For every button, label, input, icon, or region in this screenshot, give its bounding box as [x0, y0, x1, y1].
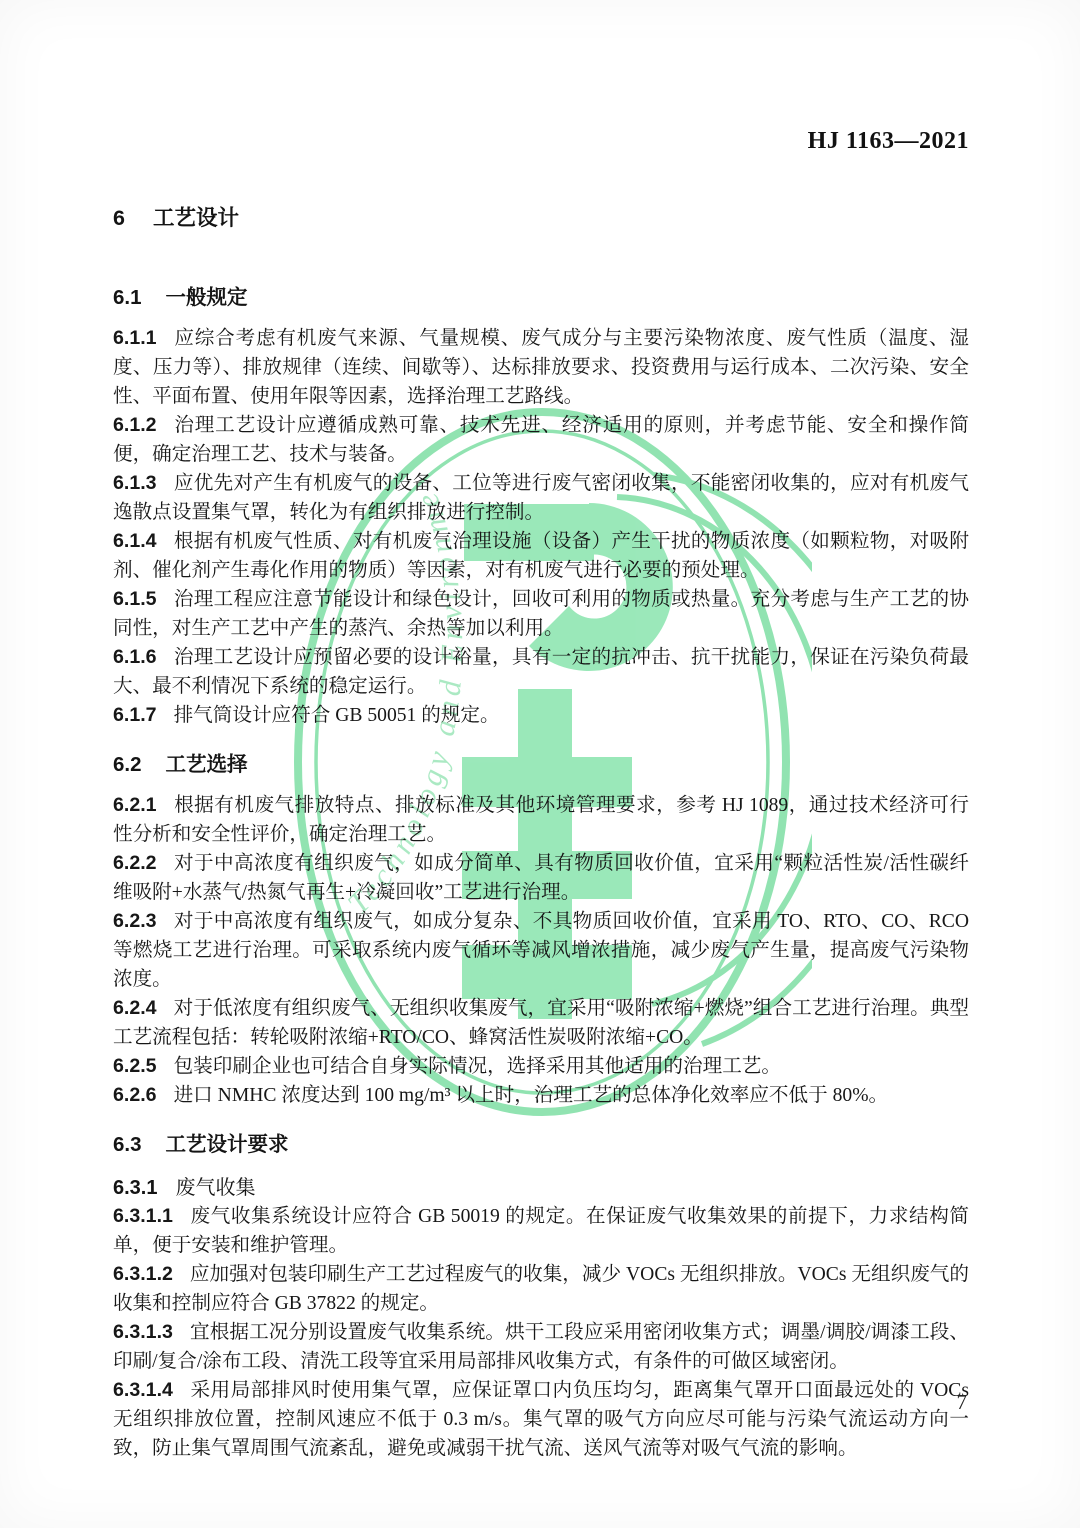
clause-number: 6.2.4: [113, 997, 157, 1019]
clause-number: 6.2.1: [113, 794, 157, 816]
clause-number: 6.1.2: [113, 414, 157, 436]
clause-text: 排气筒设计应符合 GB 50051 的规定。: [174, 705, 500, 726]
page-number: 7: [957, 1390, 968, 1415]
clause-6.3.1.4: 6.3.1.4采用局部排风时使用集气罩，应保证罩口内负压均匀，距离集气罩开口面最…: [113, 1376, 969, 1463]
clause-text: 进口 NMHC 浓度达到 100 mg/m³ 以上时，治理工艺的总体净化效率应不…: [174, 1085, 889, 1106]
heading-title: 工艺设计: [153, 206, 239, 230]
clause-number: 6.1.6: [113, 646, 157, 668]
clause-number: 6.3.1.1: [113, 1205, 173, 1227]
clause-number: 6.1: [113, 286, 142, 309]
clause-number: 6.3.1.4: [113, 1379, 173, 1401]
clause-text: 对于中高浓度有组织废气，如成分简单、具有物质回收价值，宜采用“颗粒活性炭/活性碳…: [113, 853, 969, 903]
clause-number: 6.3.1: [113, 1177, 157, 1199]
clause-number: 6.1.4: [113, 530, 157, 552]
clause-text: 治理工艺设计应遵循成熟可靠、技术先进、经济适用的原则，并考虑节能、安全和操作简便…: [113, 415, 969, 465]
clause-6.2.5: 6.2.5包装印刷企业也可结合自身实际情况，选择采用其他适用的治理工艺。: [113, 1052, 969, 1081]
clause-number: 6.2.3: [113, 910, 157, 932]
clause-text: 废气收集系统设计应符合 GB 50019 的规定。在保证废气收集效果的前提下，力…: [113, 1206, 969, 1256]
clause-number: 6.2.5: [113, 1055, 157, 1077]
clause-text: 根据有机废气性质、对有机废气治理设施（设备）产生干扰的物质浓度（如颗粒物，对吸附…: [113, 531, 969, 581]
clause-6.3.1.3: 6.3.1.3宜根据工况分别设置废气收集系统。烘干工段应采用密闭收集方式；调墨/…: [113, 1318, 969, 1376]
section-heading-6.2: 6.2工艺选择: [113, 747, 969, 777]
document-page: Technology and Environment HJ 1163—2021 …: [0, 0, 1080, 1528]
clause-text: 应优先对产生有机废气的设备、工位等进行废气密闭收集，不能密闭收集的，应对有机废气…: [113, 473, 969, 523]
clause-6.2.4: 6.2.4对于低浓度有组织废气、无组织收集废气，宜采用“吸附浓缩+燃烧”组合工艺…: [113, 994, 969, 1052]
heading-title: 工艺选择: [166, 753, 248, 776]
clause-6.2.3: 6.2.3对于中高浓度有组织废气，如成分复杂、不具物质回收价值，宜采用 TO、R…: [113, 907, 969, 994]
clause-6.2.6: 6.2.6进口 NMHC 浓度达到 100 mg/m³ 以上时，治理工艺的总体净…: [113, 1081, 969, 1110]
chapter-heading-6: 6工艺设计: [113, 201, 969, 232]
standard-code: HJ 1163—2021: [113, 128, 969, 155]
clause-6.2.2: 6.2.2对于中高浓度有组织废气，如成分简单、具有物质回收价值，宜采用“颗粒活性…: [113, 849, 969, 907]
clause-text: 治理工艺设计应预留必要的设计裕量，具有一定的抗冲击、抗干扰能力，保证在污染负荷最…: [113, 647, 969, 697]
clause-6.1.5: 6.1.5治理工程应注意节能设计和绿色设计，回收可利用的物质或热量。充分考虑与生…: [113, 585, 969, 643]
clause-number: 6.3.1.2: [113, 1263, 173, 1285]
clause-6.1.7: 6.1.7排气筒设计应符合 GB 50051 的规定。: [113, 701, 969, 730]
clause-number: 6: [113, 206, 125, 230]
clause-number: 6.1.1: [113, 327, 157, 349]
clause-text: 包装印刷企业也可结合自身实际情况，选择采用其他适用的治理工艺。: [174, 1056, 781, 1077]
clause-text: 应加强对包装印刷生产工艺过程废气的收集，减少 VOCs 无组织排放。VOCs 无…: [113, 1264, 969, 1314]
clause-text: 应综合考虑有机废气来源、气量规模、废气成分与主要污染物浓度、废气性质（温度、湿度…: [113, 328, 969, 407]
clause-text: 宜根据工况分别设置废气收集系统。烘干工段应采用密闭收集方式；调墨/调胶/调漆工段…: [113, 1322, 969, 1372]
clause-number: 6.2.6: [113, 1084, 157, 1106]
heading-title: 一般规定: [166, 286, 248, 309]
clause-6.3.1.2: 6.3.1.2应加强对包装印刷生产工艺过程废气的收集，减少 VOCs 无组织排放…: [113, 1260, 969, 1318]
clause-text: 采用局部排风时使用集气罩，应保证罩口内负压均匀，距离集气罩开口面最远处的 VOC…: [113, 1380, 969, 1459]
clause-6.2.1: 6.2.1根据有机废气排放特点、排放标准及其他环境管理要求，参考 HJ 1089…: [113, 791, 969, 849]
heading-title: 工艺设计要求: [166, 1133, 289, 1156]
clause-6.1.4: 6.1.4根据有机废气性质、对有机废气治理设施（设备）产生干扰的物质浓度（如颗粒…: [113, 527, 969, 585]
section-heading-6.3.1: 6.3.1废气收集: [113, 1171, 969, 1200]
clause-number: 6.1.3: [113, 472, 157, 494]
clause-6.1.2: 6.1.2治理工艺设计应遵循成熟可靠、技术先进、经济适用的原则，并考虑节能、安全…: [113, 411, 969, 469]
clause-6.3.1.1: 6.3.1.1废气收集系统设计应符合 GB 50019 的规定。在保证废气收集效…: [113, 1202, 969, 1260]
clause-number: 6.1.7: [113, 704, 157, 726]
clause-text: 对于低浓度有组织废气、无组织收集废气，宜采用“吸附浓缩+燃烧”组合工艺进行治理。…: [113, 998, 969, 1048]
clause-number: 6.2.2: [113, 852, 157, 874]
clause-6.1.6: 6.1.6治理工艺设计应预留必要的设计裕量，具有一定的抗冲击、抗干扰能力，保证在…: [113, 643, 969, 701]
clause-number: 6.3.1.3: [113, 1321, 173, 1343]
section-heading-6.3: 6.3工艺设计要求: [113, 1127, 969, 1157]
sections-container: 6工艺设计6.1一般规定6.1.1应综合考虑有机废气来源、气量规模、废气成分与主…: [113, 201, 969, 1463]
section-heading-6.1: 6.1一般规定: [113, 280, 969, 310]
clause-text: 治理工程应注意节能设计和绿色设计，回收可利用的物质或热量。充分考虑与生产工艺的协…: [113, 589, 969, 639]
document-content: HJ 1163—2021 6工艺设计6.1一般规定6.1.1应综合考虑有机废气来…: [113, 128, 969, 1463]
clause-text: 根据有机废气排放特点、排放标准及其他环境管理要求，参考 HJ 1089，通过技术…: [113, 795, 969, 845]
heading-title: 废气收集: [175, 1177, 255, 1199]
clause-number: 6.2: [113, 753, 142, 776]
clause-number: 6.1.5: [113, 588, 157, 610]
clause-number: 6.3: [113, 1133, 142, 1156]
clause-6.1.1: 6.1.1应综合考虑有机废气来源、气量规模、废气成分与主要污染物浓度、废气性质（…: [113, 324, 969, 411]
clause-6.1.3: 6.1.3应优先对产生有机废气的设备、工位等进行废气密闭收集，不能密闭收集的，应…: [113, 469, 969, 527]
clause-text: 对于中高浓度有组织废气，如成分复杂、不具物质回收价值，宜采用 TO、RTO、CO…: [113, 911, 969, 990]
